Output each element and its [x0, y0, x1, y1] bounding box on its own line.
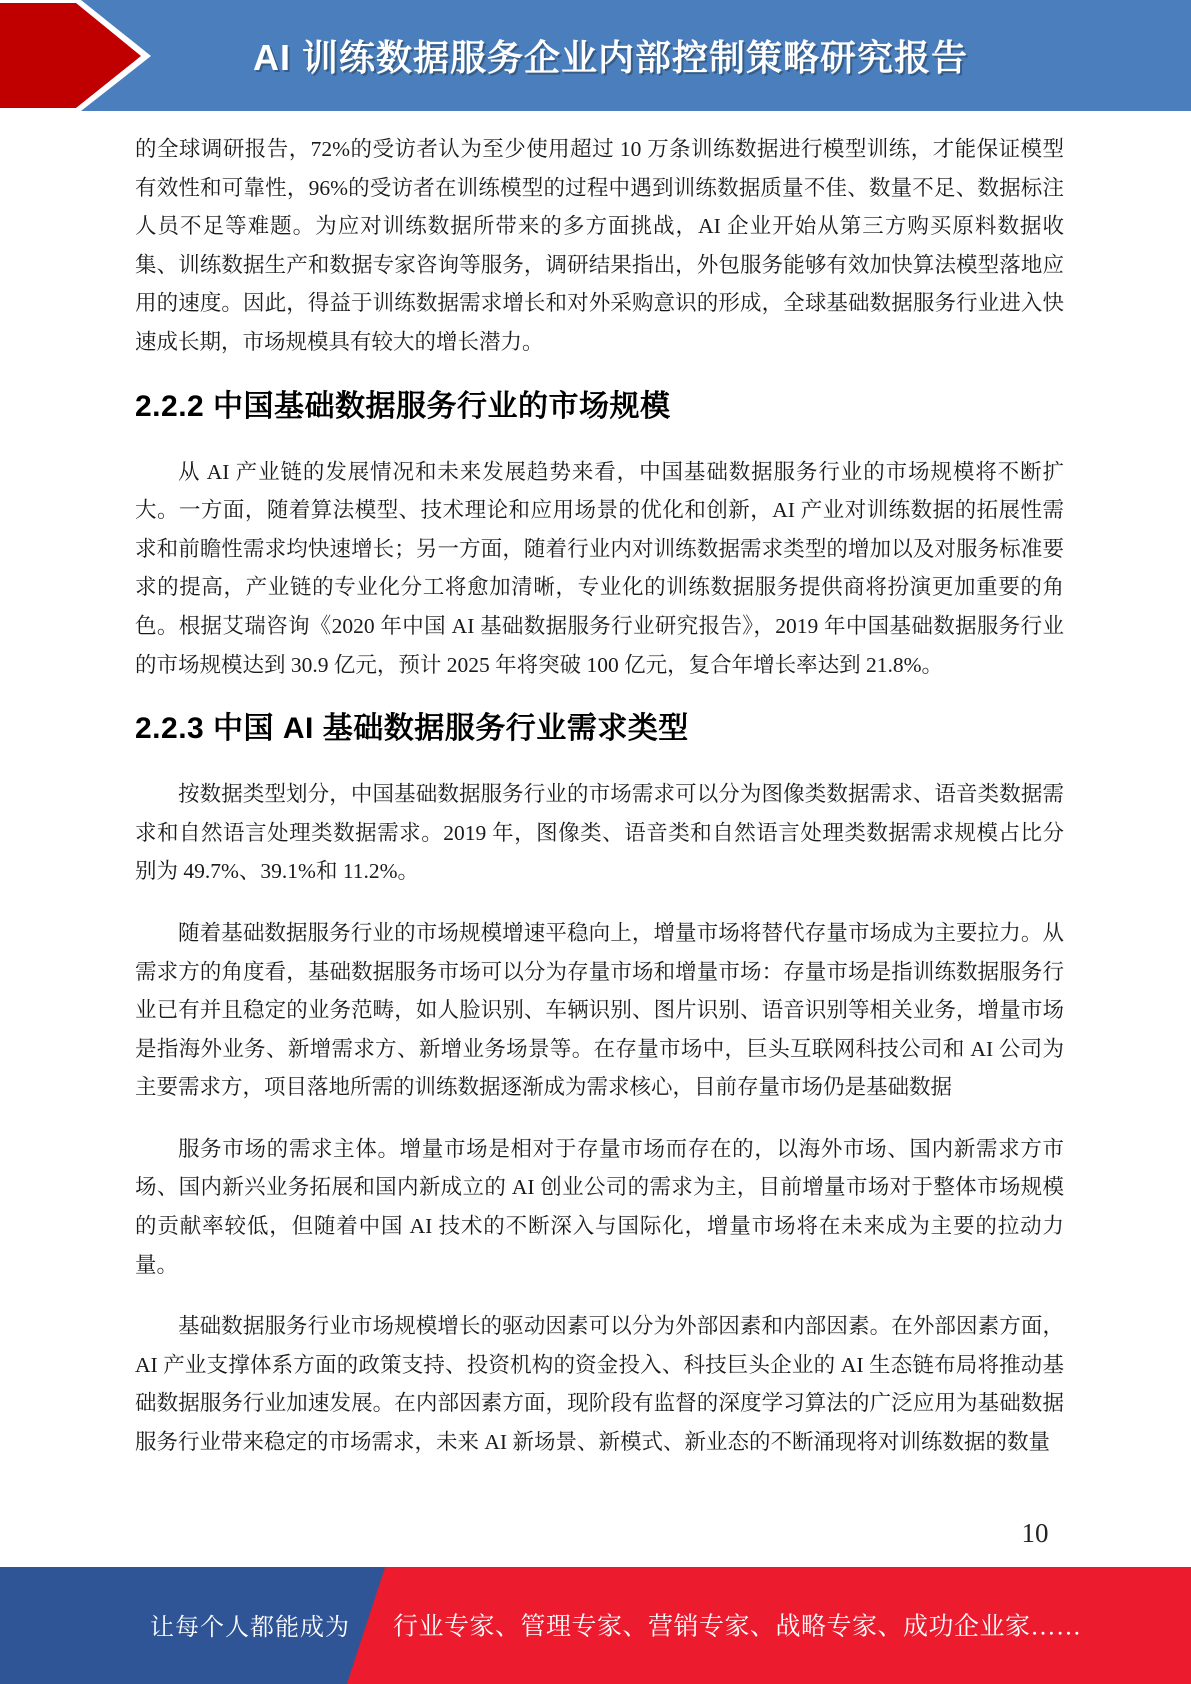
page-footer: 让每个人都能成为 行业专家、管理专家、营销专家、战略专家、成功企业家……	[0, 1567, 1191, 1684]
page-number: 10	[1005, 1518, 1065, 1549]
body-paragraph: 随着基础数据服务行业的市场规模增速平稳向上，增量市场将替代存量市场成为主要拉力。…	[135, 914, 1064, 1107]
body-paragraph: 按数据类型划分，中国基础数据服务行业的市场需求可以分为图像类数据需求、语音类数据…	[135, 775, 1064, 891]
body-paragraph: 从 AI 产业链的发展情况和未来发展趋势来看，中国基础数据服务行业的市场规模将不…	[135, 453, 1064, 685]
body-paragraph: 基础数据服务行业市场规模增长的驱动因素可以分为外部因素和内部因素。在外部因素方面…	[135, 1307, 1064, 1461]
footer-slogan-left: 让每个人都能成为	[0, 1607, 350, 1642]
report-title: AI 训练数据服务企业内部控制策略研究报告	[0, 0, 1191, 111]
page-header: AI 训练数据服务企业内部控制策略研究报告	[0, 0, 1191, 111]
body-paragraph: 服务市场的需求主体。增量市场是相对于存量市场而存在的，以海外市场、国内新需求方市…	[135, 1130, 1064, 1284]
footer-slogan-right: 行业专家、管理专家、营销专家、战略专家、成功企业家……	[393, 1606, 1082, 1642]
section-heading-2-2-3: 2.2.3 中国 AI 基础数据服务行业需求类型	[135, 707, 1064, 751]
document-body: 的全球调研报告，72%的受访者认为至少使用超过 10 万条训练数据进行模型训练，…	[0, 111, 1191, 1462]
section-heading-2-2-2: 2.2.2 中国基础数据服务行业的市场规模	[135, 385, 1064, 429]
body-paragraph: 的全球调研报告，72%的受访者认为至少使用超过 10 万条训练数据进行模型训练，…	[135, 130, 1064, 362]
report-page: AI 训练数据服务企业内部控制策略研究报告 的全球调研报告，72%的受访者认为至…	[0, 0, 1191, 1684]
